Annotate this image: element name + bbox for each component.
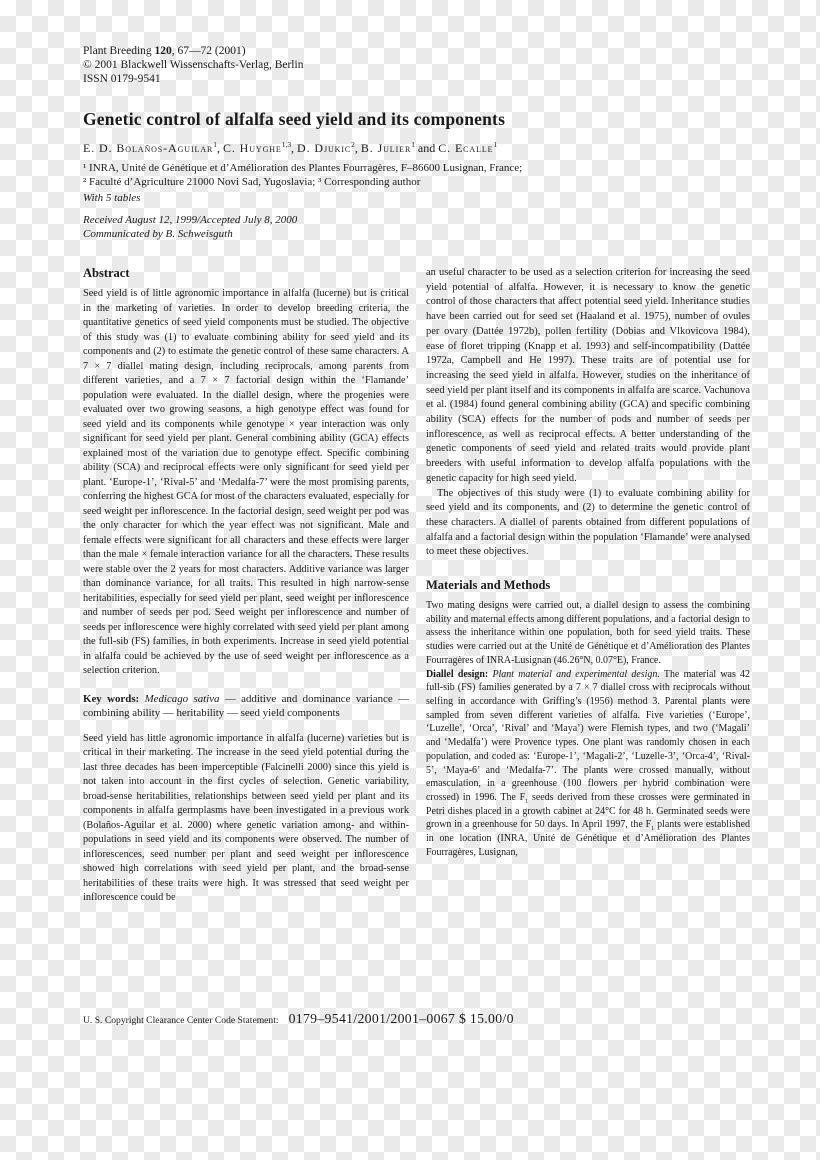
diallel-subtitle: Plant material and experimental design. — [492, 669, 659, 680]
footer-statement: U. S. Copyright Clearance Center Code St… — [83, 1015, 279, 1026]
abstract-text: Seed yield is of little agronomic import… — [83, 287, 409, 679]
affiliations: ¹ INRA, Unité de Génétique et d’Améliora… — [83, 162, 522, 190]
journal-volume: 120 — [155, 45, 172, 57]
left-column: Abstract Seed yield is of little agronom… — [83, 266, 409, 906]
diallel-label: Diallel design: — [426, 669, 492, 680]
diallel-design-paragraph: Diallel design: Plant material and exper… — [426, 668, 750, 860]
author-name: B. Julier — [361, 141, 411, 155]
author-affil-marker: 1 — [493, 140, 497, 149]
copyright-footer: U. S. Copyright Clearance Center Code St… — [83, 1011, 514, 1027]
journal-line: Plant Breeding 120, 67—72 (2001) — [83, 44, 303, 58]
dates-block: Received August 12, 1999/Accepted July 8… — [83, 214, 297, 242]
diallel-text-1: The material was 42 full-sib (FS) famili… — [426, 669, 750, 803]
author-name: D. Djukic — [297, 141, 351, 155]
author-separator: and — [415, 141, 438, 155]
methods-intro-paragraph: Two mating designs were carried out, a d… — [426, 599, 750, 668]
keywords-species: Medicago sativa — [145, 693, 220, 705]
abstract-heading: Abstract — [83, 266, 409, 281]
author-name: C. Huyghe — [223, 141, 282, 155]
journal-header: Plant Breeding 120, 67—72 (2001) © 2001 … — [83, 44, 303, 86]
copyright-line: © 2001 Blackwell Wissenschafts-Verlag, B… — [83, 58, 303, 72]
issn-line: ISSN 0179-9541 — [83, 72, 303, 86]
tables-note: With 5 tables — [83, 192, 140, 204]
author-affil-marker: 1,3 — [282, 140, 291, 149]
authors-line: E. D. Bolaños-Aguilar1, C. Huyghe1,3, D.… — [83, 141, 497, 156]
introduction-paragraph-left: Seed yield has little agronomic importan… — [83, 732, 409, 906]
journal-pages: , 67—72 (2001) — [172, 45, 246, 57]
received-note: Received August 12, 1999/Accepted July 8… — [83, 214, 297, 228]
footer-code: 0179–9541/2001/2001–0067 $ 15.00/0 — [289, 1011, 514, 1027]
right-column: an useful character to be used as a sele… — [426, 266, 750, 859]
introduction-paragraph-right: an useful character to be used as a sele… — [426, 266, 750, 487]
page: Plant Breeding 120, 67—72 (2001) © 2001 … — [0, 0, 820, 1160]
materials-methods-heading: Materials and Methods — [426, 578, 750, 593]
author-name: E. D. Bolaños-Aguilar — [83, 141, 213, 155]
author-name: C. Ecalle — [438, 141, 493, 155]
keywords-paragraph: Key words: Medicago sativa — additive an… — [83, 692, 409, 721]
page-title: Genetic control of alfalfa seed yield an… — [83, 109, 505, 130]
communicated-note: Communicated by B. Schweisguth — [83, 228, 297, 242]
affiliation-line-1: ¹ INRA, Unité de Génétique et d’Améliora… — [83, 162, 522, 176]
affiliation-line-2: ² Faculté d’Agriculture 21000 Novi Sad, … — [83, 176, 522, 190]
keywords-label: Key words: — [83, 693, 139, 705]
objectives-paragraph: The objectives of this study were (1) to… — [426, 487, 750, 561]
journal-name: Plant Breeding — [83, 45, 155, 57]
